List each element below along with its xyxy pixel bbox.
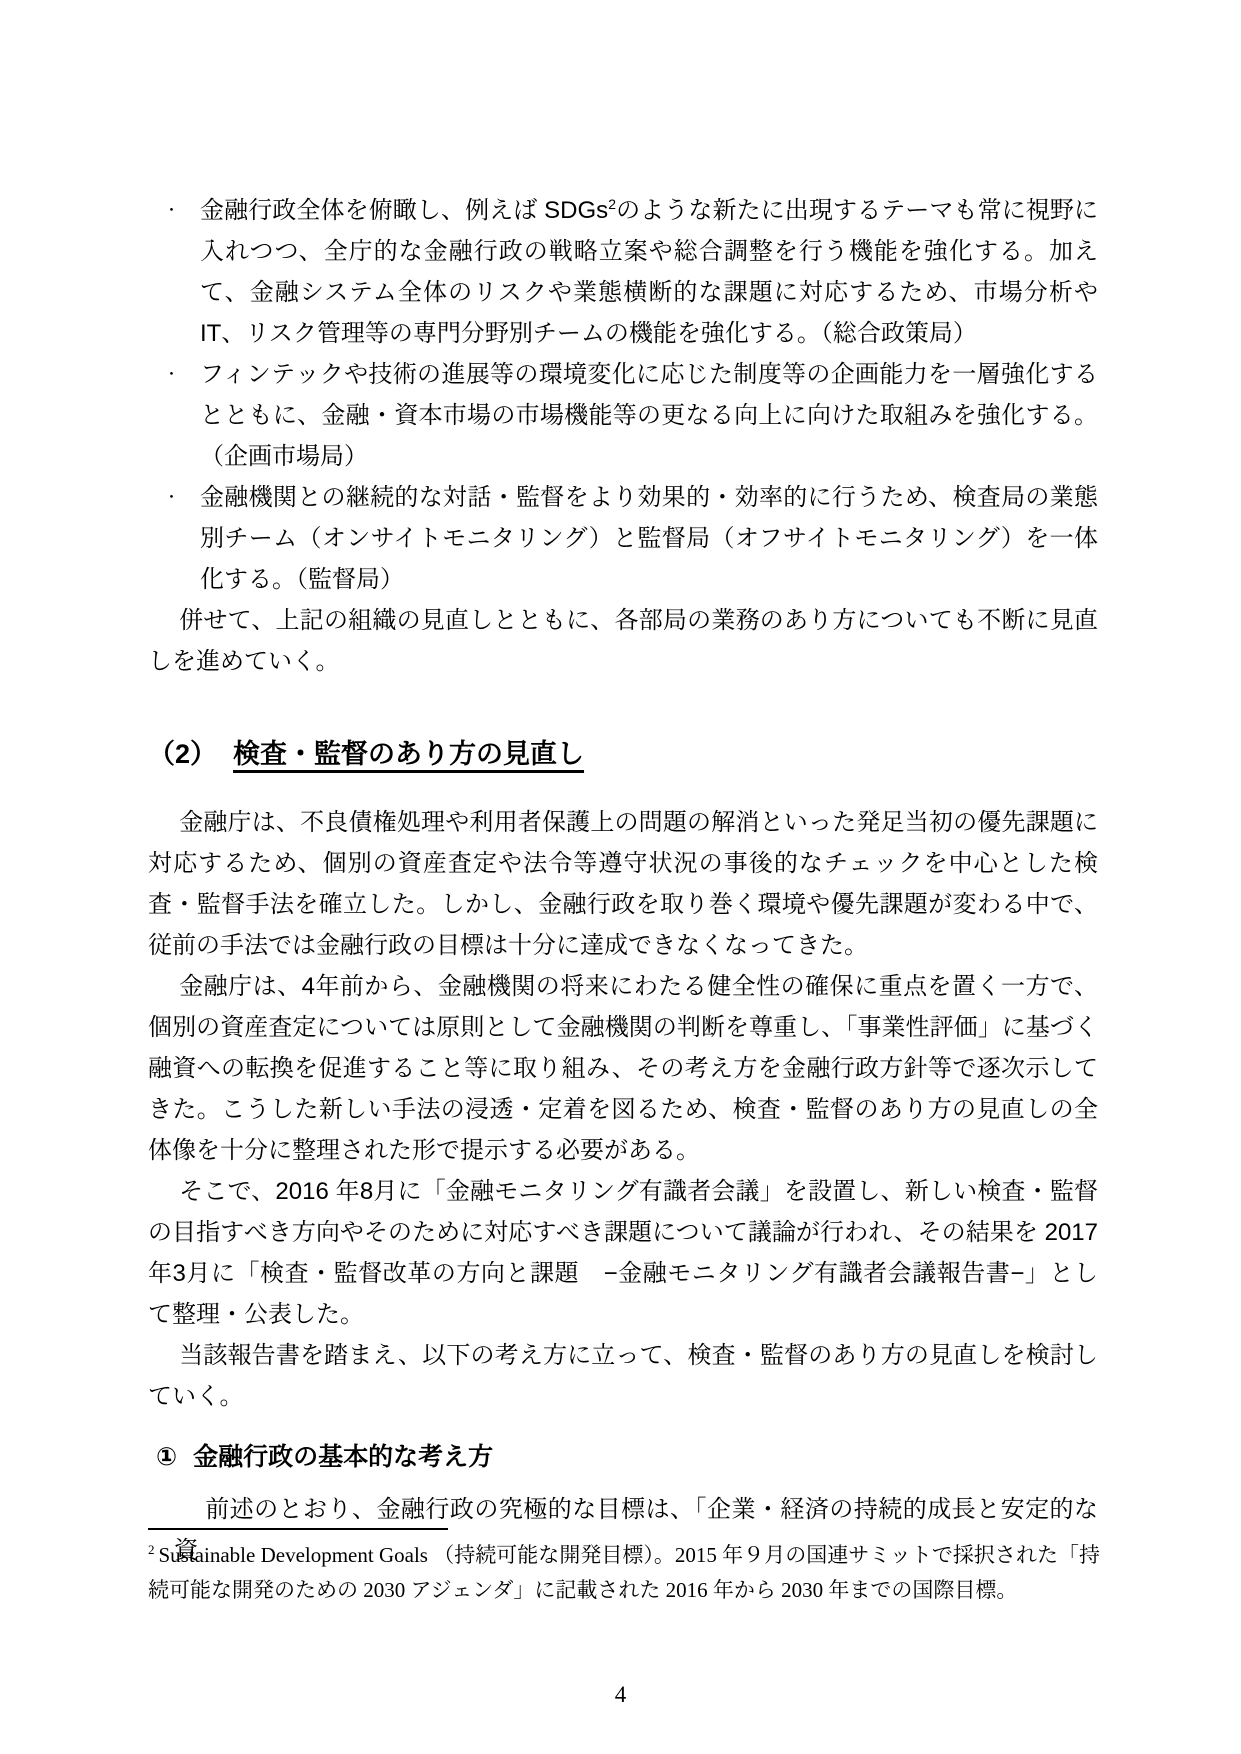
section-2-heading: （2）検査・監督のあり方の見直し — [148, 732, 1098, 776]
section-number: （2） — [148, 739, 217, 769]
section-2-paragraph-3: そこで、2016 年8月に「金融モニタリング有識者会議」を設置し、新しい検査・監… — [148, 1171, 1098, 1335]
section-2-paragraph-2: 金融庁は、4年前から、金融機関の将来にわたる健全性の確保に重点を置く一方で、個別… — [148, 966, 1098, 1171]
bullet-text: 金融行政全体を俯瞰し、例えば SDGs2のような新たに出現するテーマも常に視野に… — [200, 197, 1098, 347]
bullet-item-planning-markets: ・ フィンテックや技術の進展等の環境変化に応じた制度等の企画能力を一層強化すると… — [148, 354, 1098, 477]
bullet-dot-icon: ・ — [164, 477, 179, 518]
footnote-ref-2: 2 — [608, 196, 616, 212]
subsection-1-heading: ①金融行政の基本的な考え方 — [156, 1435, 1098, 1479]
page-number: 4 — [0, 1682, 1241, 1708]
section-2-paragraph-4: 当該報告書を踏まえ、以下の考え方に立って、検査・監督のあり方の見直しを検討してい… — [148, 1335, 1098, 1417]
section-title: 検査・監督のあり方の見直し — [233, 739, 584, 769]
closing-paragraph: 併せて、上記の組織の見直しとともに、各部局の業務のあり方についても不断に見直しを… — [148, 600, 1098, 682]
footnote-area: 2Sustainable Development Goals （持続可能な開発目… — [148, 1528, 1100, 1608]
bullet-text: フィンテックや技術の進展等の環境変化に応じた制度等の企画能力を一層強化するととも… — [200, 361, 1098, 470]
bullet-item-supervision-bureau: ・ 金融機関との継続的な対話・監督をより効果的・効率的に行うため、検査局の業態別… — [148, 477, 1098, 600]
section-2-paragraph-1: 金融庁は、不良債権処理や利用者保護上の問題の解消といった発足当初の優先課題に対応… — [148, 802, 1098, 966]
bullet-text: 金融機関との継続的な対話・監督をより効果的・効率的に行うため、検査局の業態別チー… — [200, 484, 1098, 593]
footnote-separator — [148, 1528, 448, 1530]
footnote-marker: 2 — [148, 1542, 155, 1557]
document-body: ・ 金融行政全体を俯瞰し、例えば SDGs2のような新たに出現するテーマも常に視… — [148, 190, 1098, 1571]
footnote-text: Sustainable Development Goals （持続可能な開発目標… — [148, 1543, 1100, 1602]
bullet-list: ・ 金融行政全体を俯瞰し、例えば SDGs2のような新たに出現するテーマも常に視… — [148, 190, 1098, 600]
bullet-item-general-policy: ・ 金融行政全体を俯瞰し、例えば SDGs2のような新たに出現するテーマも常に視… — [148, 190, 1098, 354]
subsection-number: ① — [156, 1443, 177, 1471]
bullet-dot-icon: ・ — [164, 190, 179, 231]
bullet-dot-icon: ・ — [164, 354, 179, 395]
footnote-2: 2Sustainable Development Goals （持続可能な開発目… — [148, 1538, 1100, 1608]
document-page: ・ 金融行政全体を俯瞰し、例えば SDGs2のような新たに出現するテーマも常に視… — [0, 0, 1241, 1754]
subsection-title: 金融行政の基本的な考え方 — [193, 1443, 493, 1471]
